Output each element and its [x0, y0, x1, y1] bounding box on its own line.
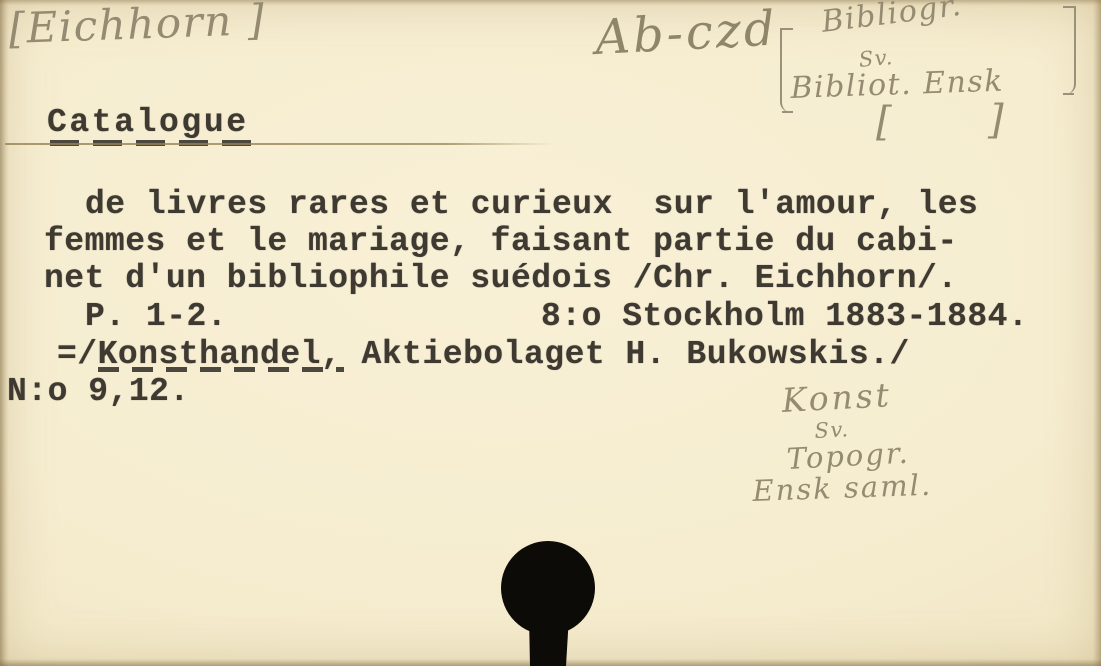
- bottom-note-line-konst: Konst: [781, 378, 893, 417]
- handwritten-classification-code: Ab-czd: [594, 4, 779, 61]
- ruled-line: [5, 143, 554, 145]
- item-number: N:o 9,12.: [7, 375, 190, 408]
- card-edge-right: [1093, 0, 1101, 666]
- right-bracket-shape: [1062, 6, 1076, 94]
- subject-note-line-bibliot-ensk: Bibliot. Ensk: [790, 67, 1004, 104]
- pagination: P. 1-2.: [85, 300, 227, 333]
- imprint: 8:o Stockholm 1883-1884.: [541, 300, 1028, 333]
- punch-hole-keyhole: [498, 540, 598, 666]
- subject-note-line-bibliogr: Bibliogr.: [820, 0, 964, 38]
- card-title: Catalogue: [47, 106, 249, 139]
- publisher-dashed-underline: [98, 367, 344, 372]
- bottom-note-line-ensk-saml: Ensk saml.: [752, 471, 933, 506]
- body-line-1: de livres rares et curieux sur l'amour, …: [85, 188, 978, 221]
- body-line-2: femmes et le mariage, faisant partie du …: [44, 225, 958, 258]
- empty-bracket-open: [: [876, 102, 893, 142]
- publisher-prefix: =/: [57, 336, 98, 373]
- publisher-suffix: , Aktiebolaget H. Bukowskis./: [321, 336, 910, 373]
- body-line-3: net d'un bibliophile suédois /Chr. Eichh…: [44, 262, 958, 295]
- catalog-card: [Eichhorn ] Ab-czd Bibliogr. Sv. Bibliot…: [0, 0, 1101, 666]
- handwritten-author-heading: [Eichhorn ]: [8, 0, 266, 50]
- card-edge-left: [0, 0, 9, 666]
- empty-bracket-close: ]: [988, 100, 1005, 140]
